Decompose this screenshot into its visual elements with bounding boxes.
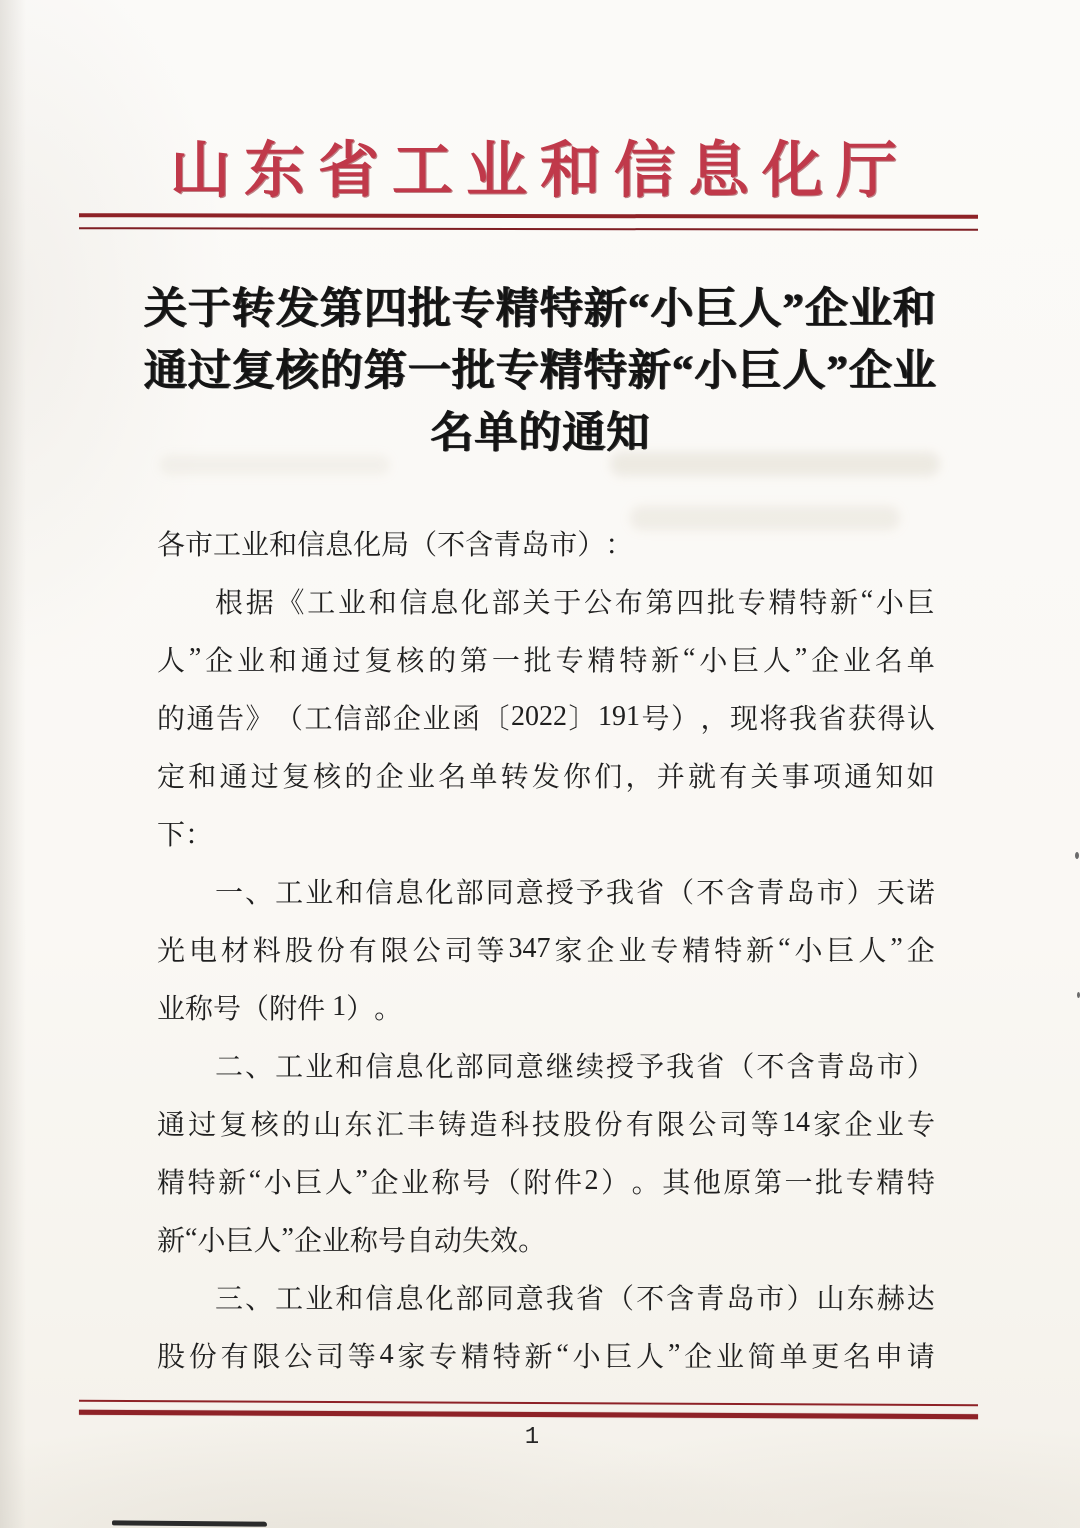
body-line: 二、工业和信息化部同意继续授予我省（不含青岛市）: [157, 1036, 935, 1094]
document-title-line-1: 关于转发第四批专精特新“小巨人”企业和: [0, 279, 1080, 341]
body-line: 一、工业和信息化部同意授予我省（不含青岛市）天诺: [157, 862, 935, 920]
body-line: 人”企业和通过复核的第一批专精特新“小巨人”企业名单: [157, 630, 935, 688]
body-line: 定和通过复核的企业名单转发你们，并就有关事项通知如: [157, 746, 935, 804]
body-line: 股份有限公司等4家专精特新“小巨人”企业简单更名申请: [157, 1326, 935, 1384]
document-title-line-2: 通过复核的第一批专精特新“小巨人”企业: [0, 341, 1080, 403]
body-line: 光电材料股份有限公司等347家企业专精特新“小巨人”企: [157, 920, 935, 978]
document-body: 各市工业和信息化局（不含青岛市）：根据《工业和信息化部关于公布第四批专精特新“小…: [157, 514, 935, 1384]
body-line: 精特新“小巨人”企业称号（附件2）。其他原第一批专精特: [157, 1152, 935, 1210]
body-line: 通过复核的山东汇丰铸造科技股份有限公司等14家企业专: [157, 1094, 935, 1152]
body-line: 业称号（附件 1）。: [157, 978, 935, 1036]
letterhead-title: 山东省工业和信息化厅: [0, 122, 1080, 209]
ink-bleed-smudge: [160, 455, 390, 475]
body-line: 根据《工业和信息化部关于公布第四批专精特新“小巨: [157, 572, 935, 630]
body-line: 各市工业和信息化局（不含青岛市）：: [157, 514, 935, 572]
body-line: 新“小巨人”企业称号自动失效。: [157, 1210, 935, 1268]
scan-speck: [1075, 852, 1079, 859]
ink-bleed-smudge: [610, 452, 940, 476]
document-title: 关于转发第四批专精特新“小巨人”企业和 通过复核的第一批专精特新“小巨人”企业 …: [0, 279, 1080, 465]
scan-edge-shadow: [0, 0, 26, 1528]
body-line: 三、工业和信息化部同意我省（不含青岛市）山东赫达: [157, 1268, 935, 1326]
page-number: 1: [0, 1424, 1064, 1451]
body-line: 的通告》（工信部企业函〔2022〕191号），现将我省获得认: [157, 688, 935, 746]
body-line: 下：: [157, 804, 935, 862]
